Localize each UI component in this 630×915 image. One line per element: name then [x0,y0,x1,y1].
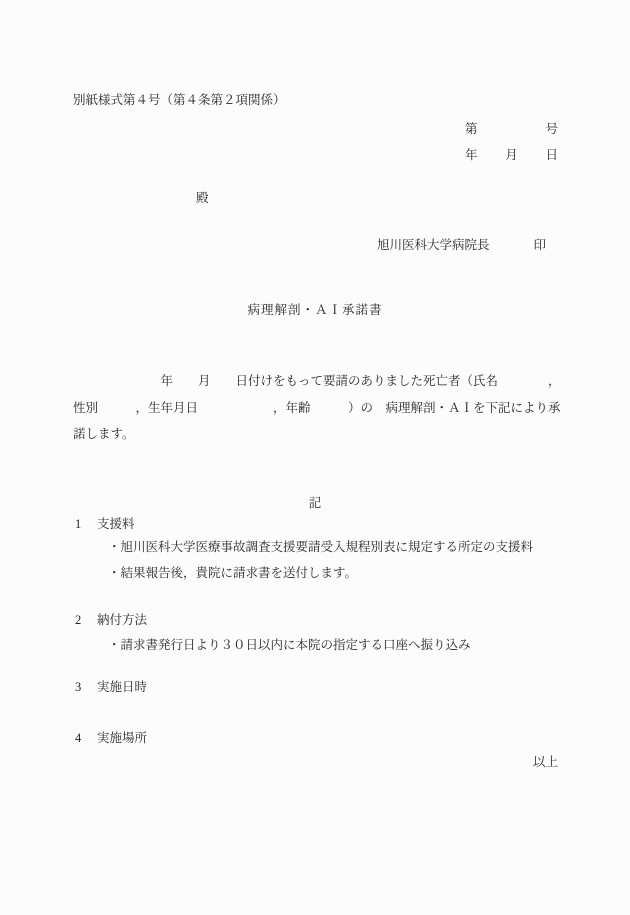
closing-marker: 以上 [533,752,558,772]
doc-number-line: 第 号 [465,119,558,139]
item-number: 4 [75,728,81,748]
record-marker: 記 [0,493,630,513]
item-bullet: ・請求書発行日より３０日以内に本院の指定する口座へ振り込み [108,635,471,655]
item-heading: 納付方法 [97,610,147,630]
addressee-honorific: 殿 [196,188,209,208]
date-day-label: 日 [545,145,558,165]
date-month-label: 月 [505,145,518,165]
item-bullet: ・旭川医科大学医療事故調査支援要請受入規程別表に規定する所定の支援料 [108,537,533,557]
body-line: 年 月 日付けをもって要請のありました死亡者（氏名 ， [73,371,561,391]
date-year-label: 年 [465,145,478,165]
issuer-title: 旭川医科大学病院長 [377,235,490,255]
item-number: 3 [75,677,81,697]
doc-number-prefix: 第 [465,119,478,139]
document-title: 病理解剖・ＡＩ承諾書 [0,300,630,320]
body-line: 諾します。 [73,424,135,444]
item-heading: 支援料 [97,514,135,534]
doc-number-suffix: 号 [545,119,558,139]
item-number: 2 [75,610,81,630]
item-bullet: ・結果報告後，貴院に請求書を送付します。 [108,563,357,583]
item-number: 1 [75,514,81,534]
seal-placeholder: 印 [533,235,546,255]
issuer-line: 旭川医科大学病院長 印 [377,235,546,255]
date-line: 年 月 日 [465,145,558,165]
item-heading: 実施日時 [97,677,147,697]
form-label: 別紙様式第４号（第４条第２項関係） [73,90,286,110]
document-page: 別紙様式第４号（第４条第２項関係） 第 号 年 月 日 殿 旭川医科大学病院長 … [0,0,630,915]
body-line: 性別 ，生年月日 ，年齢 ）の 病理解剖・ＡＩを下記により承 [73,398,561,418]
item-heading: 実施場所 [97,728,147,748]
